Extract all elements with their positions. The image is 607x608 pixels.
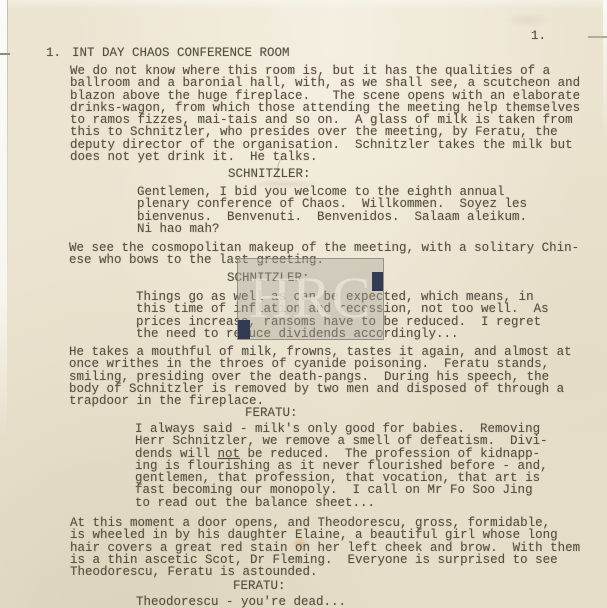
scan-edge-left bbox=[0, 0, 7, 440]
dialogue-feratu-1: I always said - milk's only good for bab… bbox=[135, 423, 548, 509]
scene-heading: 1. INT DAY CHAOS CONFERENCE ROOM bbox=[0, 47, 607, 60]
script-page: 1. 1. INT DAY CHAOS CONFERENCE ROOM We d… bbox=[0, 0, 607, 608]
dialogue-schnitzler-2: Things go as well as can be expected, wh… bbox=[136, 291, 549, 340]
scan-tick-left bbox=[0, 53, 10, 55]
speaker-cue-feratu-2: FERATU: bbox=[233, 580, 286, 592]
scan-haze-top bbox=[0, 0, 607, 9]
scene-location: CHAOS CONFERENCE ROOM bbox=[132, 47, 290, 59]
scan-edge-left-line bbox=[7, 0, 8, 300]
scan-edge-right bbox=[603, 0, 607, 140]
action-paragraph-3: He takes a mouthful of milk, frowns, tas… bbox=[69, 346, 572, 407]
action-paragraph-2: We see the cosmopolitan makeup of the me… bbox=[69, 242, 579, 267]
scene-int-day: INT DAY bbox=[72, 47, 125, 59]
action-paragraph-4: At this moment a door opens, and Theodor… bbox=[70, 517, 580, 578]
speaker-cue-schnitzler-1: SCHNITZLER: bbox=[228, 168, 311, 180]
paper-smudge bbox=[505, 12, 551, 28]
dialogue-feratu-2: Theodorescu - you're dead... bbox=[136, 596, 346, 608]
scan-line-right bbox=[588, 36, 607, 38]
speaker-cue-schnitzler-2: SCHNITZLER: bbox=[227, 272, 310, 284]
scene-number: 1. bbox=[46, 47, 61, 59]
dialogue-schnitzler-1: Gentlemen, I bid you welcome to the eigh… bbox=[137, 186, 527, 235]
action-paragraph-1: We do not know where this room is, but i… bbox=[70, 65, 580, 163]
page-number: 1. bbox=[531, 30, 546, 42]
speaker-cue-feratu-1: FERATU: bbox=[245, 407, 298, 419]
watermark-accent-top-right bbox=[372, 272, 383, 291]
